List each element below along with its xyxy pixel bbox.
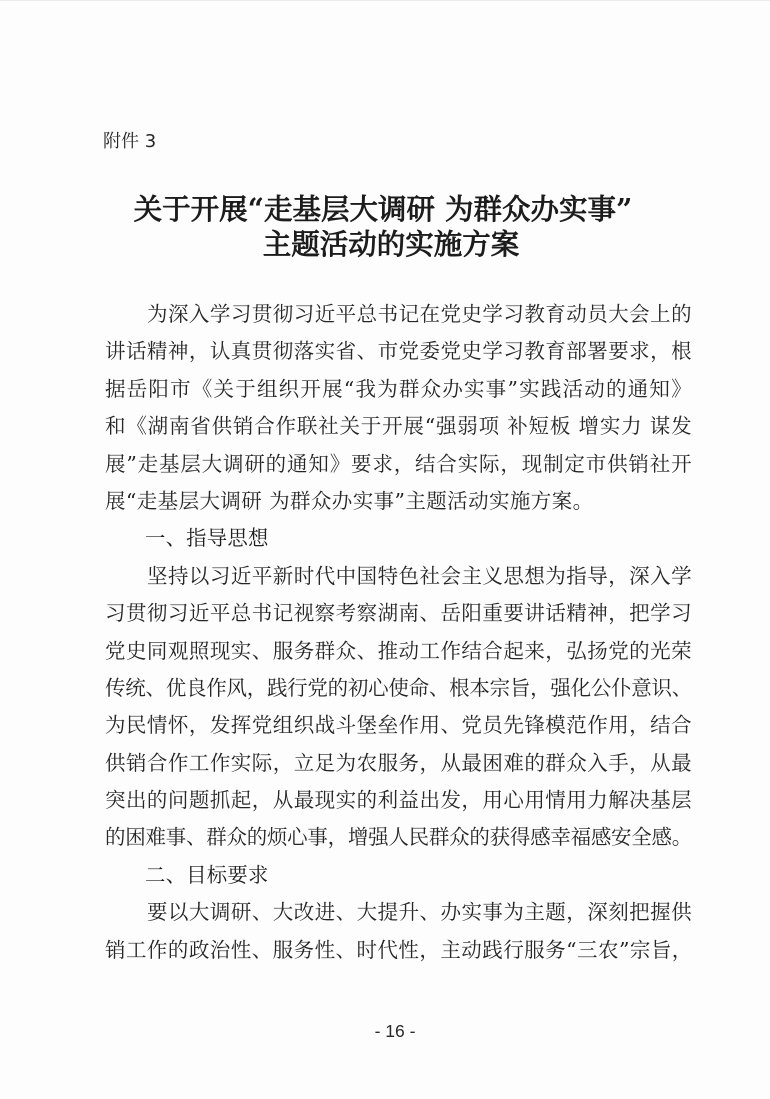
text-line: 党史同观照现实、服务群众、推动工作结合起来，弘扬党的光荣 [105, 633, 692, 670]
section-heading-guiding-ideology: 一、指导思想 [105, 520, 692, 557]
text-line: 的困难事、群众的烦心事，增强人民群众的获得感幸福感安全感。 [105, 819, 692, 856]
text-line: 突出的问题抓起，从最现实的利益出发，用心用情用力解决基层 [105, 782, 692, 819]
text-line: 据岳阳市《关于组织开展“我为群众办实事”实践活动的通知》 [105, 371, 692, 408]
text-line: 和《湖南省供销合作联社关于开展“强弱项 补短板 增实力 谋发 [105, 408, 692, 445]
text-line: 坚持以习近平新时代中国特色社会主义思想为指导，深入学 [105, 558, 692, 595]
text-line: 习贯彻习近平总书记视察考察湖南、岳阳重要讲话精神，把学习 [105, 595, 692, 632]
section-heading-objectives: 二、目标要求 [105, 857, 692, 894]
page-number: - 16 - [345, 1019, 445, 1043]
text-line: 为民情怀，发挥党组织战斗堡垒作用、党员先锋模范作用，结合 [105, 707, 692, 744]
text-line: 讲话精神，认真贯彻落实省、市党委党史学习教育部署要求，根 [105, 333, 692, 370]
text-line: 供销合作工作实际，立足为农服务，从最困难的群众入手，从最 [105, 745, 692, 782]
document-title: 关于开展“走基层大调研 为群众办实事” 主题活动的实施方案 [0, 192, 770, 262]
document-page: 附件 3 关于开展“走基层大调研 为群众办实事” 主题活动的实施方案 为深入学习… [0, 0, 770, 1099]
text-line: 为深入学习贯彻习近平总书记在党史学习教育动员大会上的 [105, 296, 692, 333]
attachment-label: 附件 3 [103, 129, 156, 155]
title-line: 主题活动的实施方案 [6, 227, 770, 262]
title-line: 关于开展“走基层大调研 为群众办实事” [0, 192, 768, 227]
text-line: 销工作的政治性、服务性、时代性，主动践行服务“三农”宗旨， [105, 932, 692, 969]
text-line: 传统、优良作风，践行党的初心使命、根本宗旨，强化公仆意识、 [105, 670, 692, 707]
section-paragraph: 要以大调研、大改进、大提升、办实事为主题，深刻把握供 销工作的政治性、服务性、时… [105, 894, 692, 969]
text-line: 展“走基层大调研 为群众办实事”主题活动实施方案。 [105, 483, 692, 520]
section-paragraph: 坚持以习近平新时代中国特色社会主义思想为指导，深入学 习贯彻习近平总书记视察考察… [105, 558, 692, 857]
intro-paragraph: 为深入学习贯彻习近平总书记在党史学习教育动员大会上的 讲话精神，认真贯彻落实省、… [105, 296, 692, 520]
document-body: 为深入学习贯彻习近平总书记在党史学习教育动员大会上的 讲话精神，认真贯彻落实省、… [105, 296, 692, 969]
text-line: 展”走基层大调研的通知》要求，结合实际，现制定市供销社开 [105, 446, 692, 483]
page-edge [0, 0, 770, 1]
text-line: 要以大调研、大改进、大提升、办实事为主题，深刻把握供 [105, 894, 692, 931]
